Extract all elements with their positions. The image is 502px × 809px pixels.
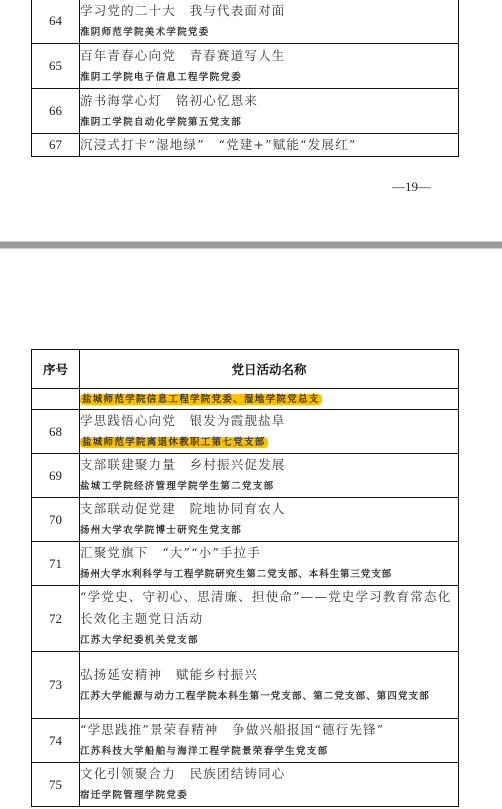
row-number: 67 <box>32 134 80 157</box>
activity-cell: 学思践悟心向党 银发为霞靓盐阜 盐城师范学院离退休教职工第七党支部 <box>80 410 459 454</box>
column-header-number: 序号 <box>32 350 80 389</box>
organization-name: 扬州大学水利科学与工程学院研究生第二党支部、本科生第三党支部 <box>80 564 458 585</box>
row-number: 70 <box>32 498 80 542</box>
table-row: 74 “学思践推”景荣春精神 争做兴船报国“德行先锋” 江苏科技大学船舶与海洋工… <box>32 719 459 763</box>
activity-cell: 沉浸式打卡“湿地绿” “党建+”赋能“发展红” <box>80 134 459 157</box>
row-number: 65 <box>32 44 80 89</box>
table-row: 65 百年青春心向党 青春赛道写人生 淮阴工学院电子信息工程学院党委 <box>32 44 459 89</box>
document-page-19: 64 学习党的二十大 我与代表面对面 淮阴师范学院美术学院党委 65 百年青春心… <box>0 0 502 241</box>
activity-title: 沉浸式打卡“湿地绿” “党建+”赋能“发展红” <box>80 134 458 156</box>
table-row: 69 支部联建聚力量 乡村振兴促发展 盐城工学院经济管理学院学生第二党支部 <box>32 454 459 498</box>
activity-cell: “学党史、守初心、思清廉、担使命”——党史学习教育常态化长效化主题党日活动 江苏… <box>80 586 459 652</box>
table-row: 66 游书海掌心灯 铭初心忆恩来 淮阴工学院自动化学院第五党支部 <box>32 89 459 134</box>
organization-name: 江苏大学能源与动力工程学院本科生第一党支部、第二党支部、第四党支部 <box>80 686 458 707</box>
table-row: 68 学思践悟心向党 银发为霞靓盐阜 盐城师范学院离退休教职工第七党支部 <box>32 410 459 454</box>
table-header-row: 序号 党日活动名称 <box>32 350 459 389</box>
row-number: 64 <box>32 0 80 44</box>
activity-table-continued: 64 学习党的二十大 我与代表面对面 淮阴师范学院美术学院党委 65 百年青春心… <box>31 0 459 157</box>
row-number: 74 <box>32 719 80 763</box>
activity-cell: 文化引领聚合力 民族团结铸同心 宿迁学院管理学院党委 <box>80 763 459 807</box>
table-row: 73 弘扬延安精神 赋能乡村振兴 江苏大学能源与动力工程学院本科生第一党支部、第… <box>32 652 459 719</box>
activity-cell: “学思践推”景荣春精神 争做兴船报国“德行先锋” 江苏科技大学船舶与海洋工程学院… <box>80 719 459 763</box>
activity-title: 学习党的二十大 我与代表面对面 <box>80 0 458 22</box>
activity-title: 学思践悟心向党 银发为霞靓盐阜 <box>80 410 458 432</box>
activity-title: “学思践推”景荣春精神 争做兴船报国“德行先锋” <box>80 719 458 741</box>
activity-cell: 游书海掌心灯 铭初心忆恩来 淮阴工学院自动化学院第五党支部 <box>80 89 459 134</box>
activity-title: “学党史、守初心、思清廉、担使命”——党史学习教育常态化长效化主题党日活动 <box>80 586 458 630</box>
table-row-continuation: 盐城师范学院信息工程学院党委、湿地学院党总支 <box>32 389 459 410</box>
table-row: 75 文化引领聚合力 民族团结铸同心 宿迁学院管理学院党委 <box>32 763 459 807</box>
organization-name: 盐城师范学院离退休教职工第七党支部 <box>80 432 458 453</box>
column-header-activity-name: 党日活动名称 <box>80 350 459 389</box>
organization-name: 宿迁学院管理学院党委 <box>80 785 458 806</box>
row-number: 72 <box>32 586 80 652</box>
organization-name: 淮阴工学院自动化学院第五党支部 <box>80 112 458 133</box>
activity-title: 游书海掌心灯 铭初心忆恩来 <box>80 90 458 112</box>
activity-cell: 支部联建聚力量 乡村振兴促发展 盐城工学院经济管理学院学生第二党支部 <box>80 454 459 498</box>
table-row: 70 支部联动促党建 院地协同育农人 扬州大学农学院博士研究生党支部 <box>32 498 459 542</box>
organization-name: 扬州大学农学院博士研究生党支部 <box>80 520 458 541</box>
row-number: 75 <box>32 763 80 807</box>
table-row: 67 沉浸式打卡“湿地绿” “党建+”赋能“发展红” <box>32 134 459 157</box>
row-number: 66 <box>32 89 80 134</box>
activity-title: 支部联建聚力量 乡村振兴促发展 <box>80 454 458 476</box>
organization-name: 江苏大学纪委机关党支部 <box>80 630 458 651</box>
activity-title: 百年青春心向党 青春赛道写人生 <box>80 45 458 67</box>
activity-title: 文化引领聚合力 民族团结铸同心 <box>80 763 458 785</box>
activity-cell: 支部联动促党建 院地协同育农人 扬州大学农学院博士研究生党支部 <box>80 498 459 542</box>
highlighted-organization: 盐城师范学院信息工程学院党委、湿地学院党总支 <box>80 394 322 405</box>
activity-cell: 百年青春心向党 青春赛道写人生 淮阴工学院电子信息工程学院党委 <box>80 44 459 89</box>
activity-cell: 学习党的二十大 我与代表面对面 淮阴师范学院美术学院党委 <box>80 0 459 44</box>
activity-title: 弘扬延安精神 赋能乡村振兴 <box>80 664 458 686</box>
page-number: —19— <box>392 179 431 195</box>
row-number-empty <box>32 389 80 410</box>
document-page-20: 序号 党日活动名称 盐城师范学院信息工程学院党委、湿地学院党总支 68 学思践悟… <box>0 250 502 809</box>
organization-name: 淮阴工学院电子信息工程学院党委 <box>80 67 458 88</box>
row-number: 68 <box>32 410 80 454</box>
organization-name: 盐城工学院经济管理学院学生第二党支部 <box>80 476 458 497</box>
activity-table: 序号 党日活动名称 盐城师范学院信息工程学院党委、湿地学院党总支 68 学思践悟… <box>31 349 459 807</box>
row-number: 73 <box>32 652 80 719</box>
table-row: 64 学习党的二十大 我与代表面对面 淮阴师范学院美术学院党委 <box>32 0 459 44</box>
table-row: 72 “学党史、守初心、思清廉、担使命”——党史学习教育常态化长效化主题党日活动… <box>32 586 459 652</box>
activity-title: 汇聚党旗下 “大”“小”手拉手 <box>80 542 458 564</box>
organization-name: 盐城师范学院信息工程学院党委、湿地学院党总支 <box>80 390 458 409</box>
page-separator <box>0 241 502 249</box>
organization-name: 江苏科技大学船舶与海洋工程学院景荣春学生党支部 <box>80 741 458 762</box>
organization-name: 淮阴师范学院美术学院党委 <box>80 22 458 43</box>
activity-cell: 汇聚党旗下 “大”“小”手拉手 扬州大学水利科学与工程学院研究生第二党支部、本科… <box>80 542 459 586</box>
table-row: 71 汇聚党旗下 “大”“小”手拉手 扬州大学水利科学与工程学院研究生第二党支部… <box>32 542 459 586</box>
row-number: 71 <box>32 542 80 586</box>
activity-cell: 弘扬延安精神 赋能乡村振兴 江苏大学能源与动力工程学院本科生第一党支部、第二党支… <box>80 652 459 719</box>
row-number: 69 <box>32 454 80 498</box>
highlighted-organization: 盐城师范学院离退休教职工第七党支部 <box>80 437 268 448</box>
activity-title: 支部联动促党建 院地协同育农人 <box>80 498 458 520</box>
activity-cell: 盐城师范学院信息工程学院党委、湿地学院党总支 <box>80 389 459 410</box>
